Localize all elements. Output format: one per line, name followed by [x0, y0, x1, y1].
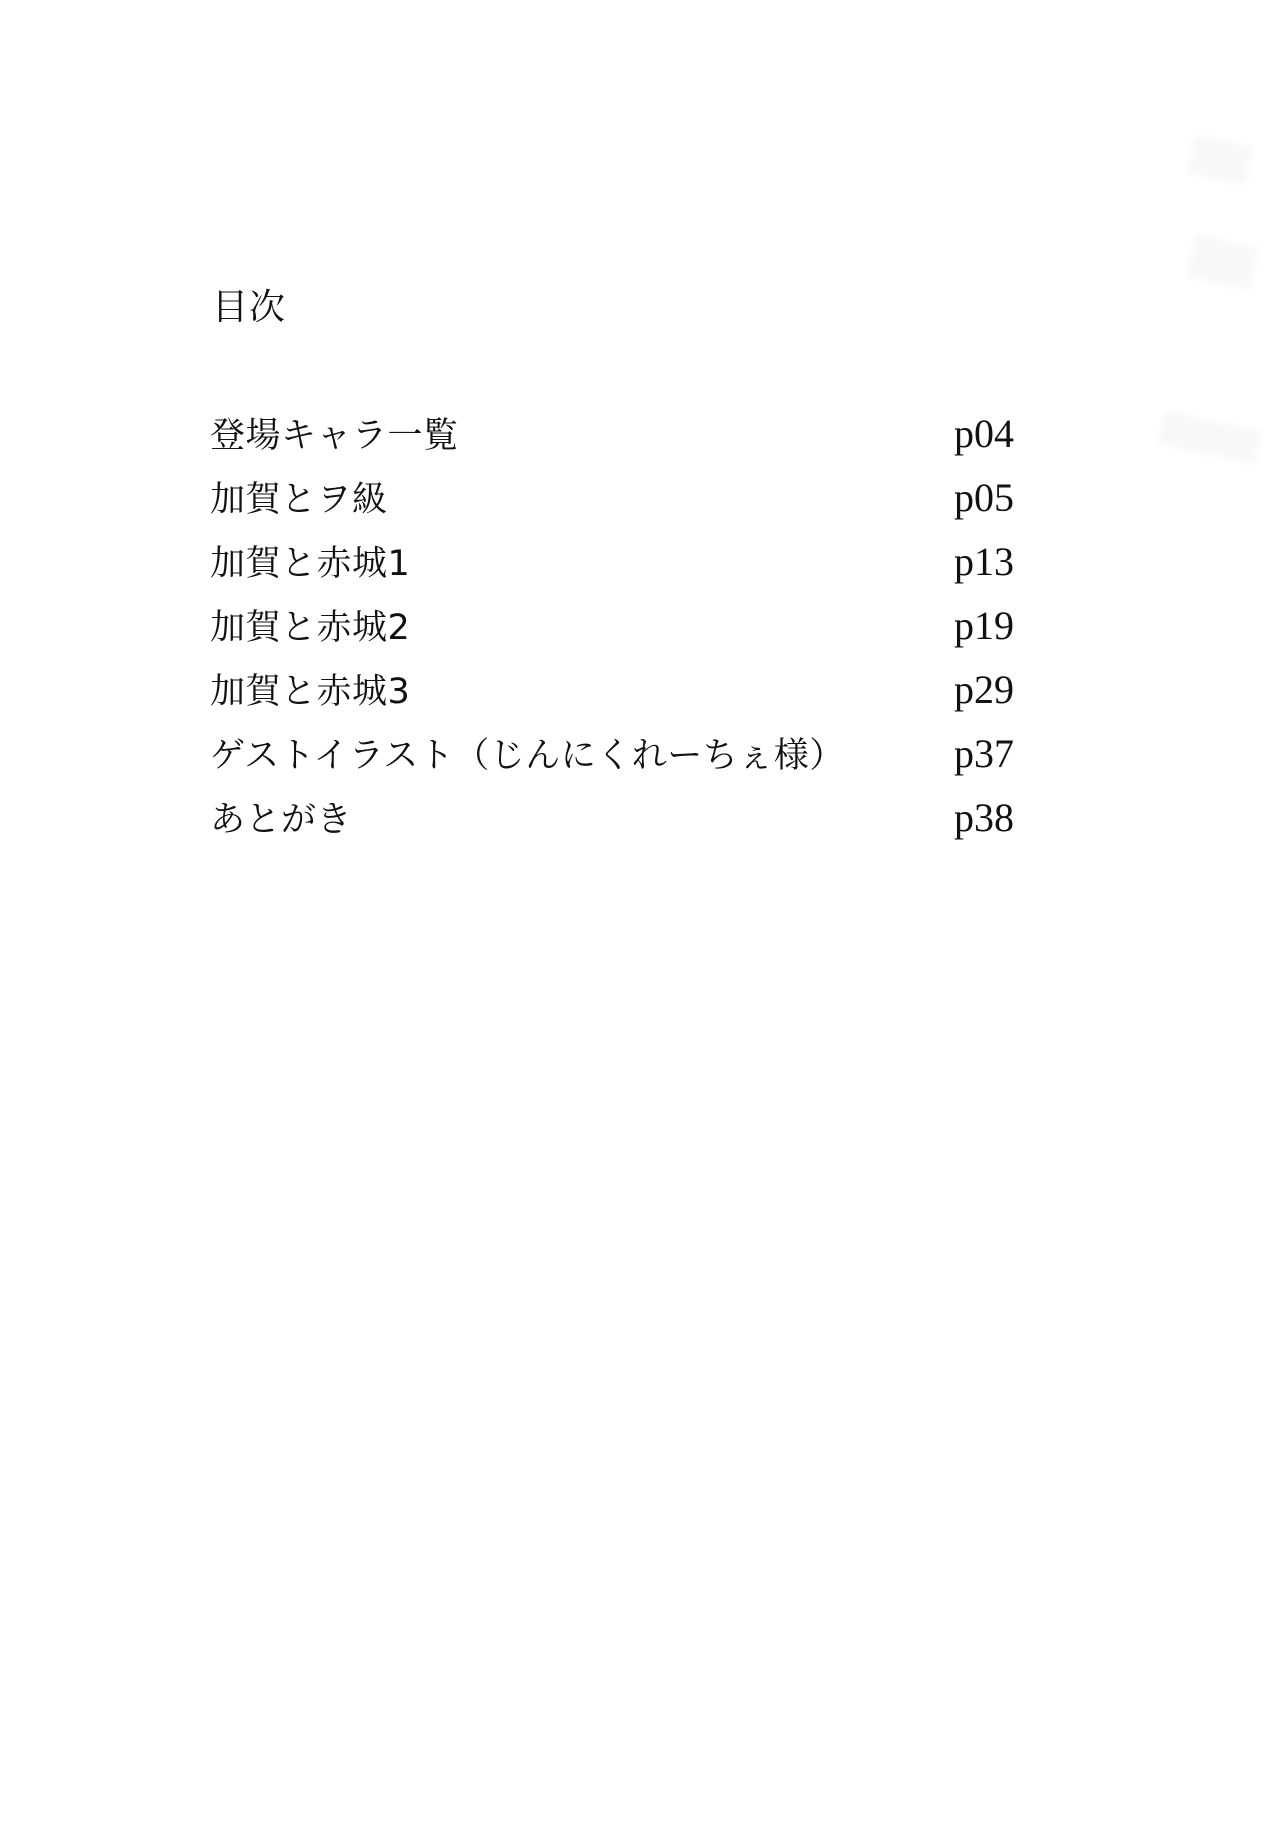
document-page: 目次 登場キャラ一覧 p04 加賀とヲ級 p05 加賀と赤城1 p13 加賀と赤… — [0, 0, 1280, 1838]
toc-entry: 加賀と赤城2 p19 — [210, 604, 1050, 668]
scan-show-through — [1186, 134, 1253, 186]
scan-show-through — [1157, 410, 1262, 465]
toc-entry: 登場キャラ一覧 p04 — [210, 412, 1050, 476]
toc-entry-label: 加賀とヲ級 — [210, 478, 388, 522]
toc-entry-page: p04 — [954, 412, 1050, 456]
scan-show-through — [1186, 234, 1259, 292]
toc-entry-label: あとがき — [210, 798, 352, 842]
toc-entry: 加賀と赤城3 p29 — [210, 668, 1050, 732]
toc-entry-label: ゲストイラスト（じんにくれーちぇ様） — [210, 734, 845, 778]
toc-entry-page: p29 — [954, 668, 1050, 712]
toc-entry-label: 加賀と赤城2 — [210, 606, 410, 650]
toc-entry: あとがき p38 — [210, 796, 1050, 860]
toc-entry: 加賀とヲ級 p05 — [210, 476, 1050, 540]
toc-entry-page: p13 — [954, 540, 1050, 584]
toc-list: 登場キャラ一覧 p04 加賀とヲ級 p05 加賀と赤城1 p13 加賀と赤城2 … — [210, 412, 1050, 860]
toc-entry-page: p19 — [954, 604, 1050, 648]
toc-entry: ゲストイラスト（じんにくれーちぇ様） p37 — [210, 732, 1050, 796]
toc-entry-page: p37 — [954, 732, 1050, 776]
toc-entry: 加賀と赤城1 p13 — [210, 540, 1050, 604]
toc-entry-page: p05 — [954, 476, 1050, 520]
toc-title: 目次 — [212, 286, 286, 330]
toc-entry-label: 加賀と赤城1 — [210, 542, 410, 586]
toc-entry-page: p38 — [954, 796, 1050, 840]
toc-entry-label: 加賀と赤城3 — [210, 670, 410, 714]
toc-entry-label: 登場キャラ一覧 — [210, 414, 459, 458]
